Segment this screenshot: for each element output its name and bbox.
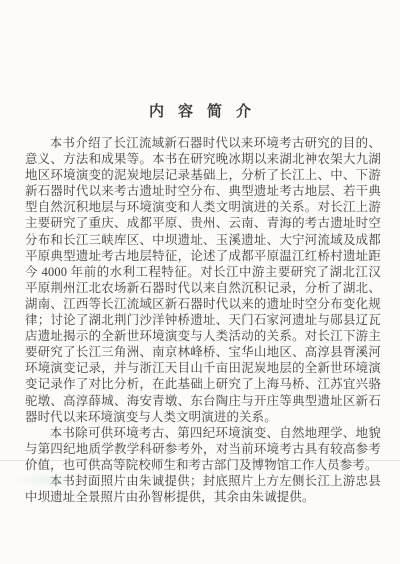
intro-paragraph-audience: 本书除可供环境考古、第四纪环境演变、自然地理学、地貌与第四纪地质学教学科研参考外… (25, 425, 381, 473)
page-title: 内容简介 (149, 100, 265, 121)
scan-artifact-smudge (12, 472, 82, 488)
content-introduction-text: 本书介绍了长江流域新石器时代以来环境考古研究的目的、意义、方法和成果等。本书在研… (25, 135, 381, 505)
intro-paragraph-overview: 本书介绍了长江流域新石器时代以来环境考古研究的目的、意义、方法和成果等。本书在研… (25, 135, 381, 425)
title-row: 内容简介 (0, 100, 400, 121)
book-page: 内容简介 本书介绍了长江流域新石器时代以来环境考古研究的目的、意义、方法和成果等… (0, 0, 400, 564)
scan-artifact-line (0, 460, 400, 461)
